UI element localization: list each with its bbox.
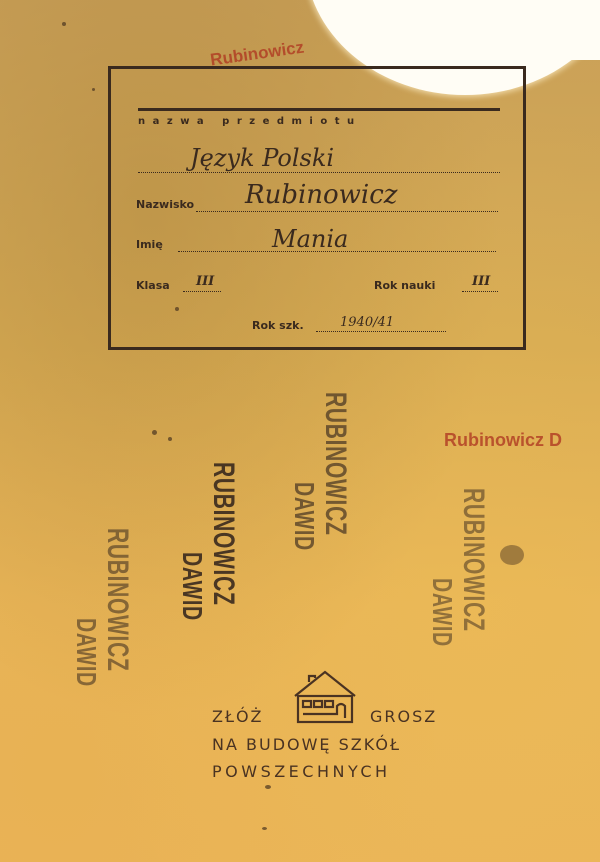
name-stamp: RUBINOWICZ DAWID bbox=[178, 462, 238, 667]
red-stamp-right: Rubinowicz D bbox=[444, 430, 562, 451]
ink-blot bbox=[500, 545, 524, 565]
subject-value: Język Polski bbox=[190, 144, 334, 172]
school-year-line bbox=[316, 331, 446, 332]
first-name-line bbox=[178, 251, 496, 252]
slogan-word-2: GROSZ bbox=[370, 707, 437, 726]
school-year-value: 1940/41 bbox=[340, 315, 394, 330]
surname-line bbox=[196, 211, 498, 212]
speck bbox=[62, 22, 66, 26]
class-line bbox=[183, 291, 221, 292]
surname-label: Nazwisko bbox=[136, 198, 194, 211]
speck bbox=[262, 827, 267, 830]
surname-value: Rubinowicz bbox=[245, 180, 398, 210]
slogan-word-1: ZŁÓŻ bbox=[212, 707, 264, 726]
name-stamp: RUBINOWICZ DAWID bbox=[428, 488, 488, 693]
subject-line bbox=[138, 172, 500, 173]
first-name-value: Mania bbox=[272, 225, 348, 253]
slogan-line-3: POWSZECHNYCH bbox=[212, 762, 391, 781]
class-value: III bbox=[196, 274, 214, 289]
header-rule bbox=[138, 108, 500, 111]
name-stamp: RUBINOWICZ DAWID bbox=[290, 392, 350, 597]
stamp-first-name: DAWID bbox=[290, 482, 318, 562]
notebook-cover: Rubinowicz nazwa przedmiotu Język Polski… bbox=[0, 0, 600, 862]
speck bbox=[92, 88, 95, 91]
slogan-line-2: NA BUDOWĘ SZKÓŁ bbox=[212, 735, 401, 754]
name-stamp: RUBINOWICZ DAWID bbox=[72, 528, 132, 733]
house-icon bbox=[293, 668, 357, 726]
subject-header: nazwa przedmiotu bbox=[138, 116, 362, 127]
stamp-surname: RUBINOWICZ bbox=[320, 392, 350, 535]
year-of-study-line bbox=[462, 291, 498, 292]
stamp-surname: RUBINOWICZ bbox=[102, 528, 132, 671]
stamp-surname: RUBINOWICZ bbox=[208, 462, 238, 605]
stamp-first-name: DAWID bbox=[72, 618, 100, 698]
stamp-surname: RUBINOWICZ bbox=[458, 488, 488, 631]
speck bbox=[152, 430, 157, 435]
year-of-study-label: Rok nauki bbox=[374, 279, 435, 292]
school-year-label: Rok szk. bbox=[252, 319, 304, 332]
speck bbox=[168, 437, 172, 441]
stamp-first-name: DAWID bbox=[428, 578, 456, 658]
class-label: Klasa bbox=[136, 279, 170, 292]
year-of-study-value: III bbox=[472, 274, 490, 289]
speck bbox=[265, 785, 271, 789]
stamp-first-name: DAWID bbox=[178, 552, 206, 632]
first-name-label: Imię bbox=[136, 238, 163, 251]
